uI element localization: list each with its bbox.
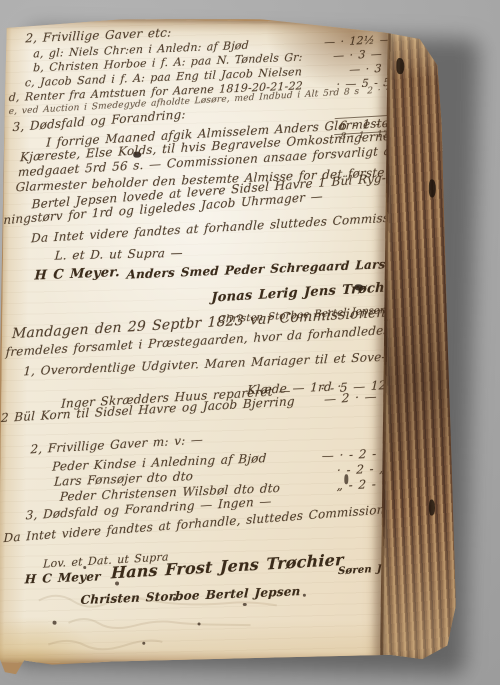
amount-value: · - 2 - „ xyxy=(329,462,386,478)
edge-stain xyxy=(396,58,404,74)
edge-stain xyxy=(429,179,436,197)
amount-value: — 2 · — · xyxy=(316,390,387,407)
manuscript-line-38: Christen Storboe Bertel Jepsen xyxy=(80,585,301,607)
manuscript-line-18: H C Meyer. xyxy=(34,266,120,284)
amount-value: — · 3 — · xyxy=(325,48,391,63)
text-layer: 2, Frivillige Gaver etc:a, gl: Niels Chr… xyxy=(0,30,410,667)
manuscript-book: 2, Frivillige Gaver etc:a, gl: Niels Chr… xyxy=(0,12,468,680)
manuscript-line-20: Jonas Lerig Jens Trøchier xyxy=(211,280,405,306)
line-text: H C Meyer. xyxy=(34,265,120,283)
photo-background: 2, Frivillige Gaver etc:a, gl: Niels Chr… xyxy=(0,0,500,685)
manuscript-line-28: 2, Frivillige Gaver m: v: — xyxy=(30,433,203,456)
manuscript-line-19: Anders Smed Peder Schregaard Lars Frost xyxy=(126,256,427,281)
manuscript-page: 2, Frivillige Gaver etc:a, gl: Niels Chr… xyxy=(0,18,410,667)
amount-value: „ - 2 - · xyxy=(328,478,385,494)
line-text: Jonas Lerig Jens Trøchier xyxy=(211,279,405,305)
manuscript-line-35: H C Meyer xyxy=(25,570,101,586)
line-text: L. et D. ut Supra — xyxy=(54,246,183,263)
line-text: Christen Storboe Bertel Jepsen xyxy=(80,584,301,607)
line-text: 2, Frivillige Gaver m: v: — xyxy=(30,432,203,456)
manuscript-line-17: L. et D. ut Supra — xyxy=(54,247,183,263)
edge-stain xyxy=(429,499,435,515)
amount-value: — · 3 · xyxy=(341,63,391,77)
line-text: H C Meyer xyxy=(25,569,102,586)
